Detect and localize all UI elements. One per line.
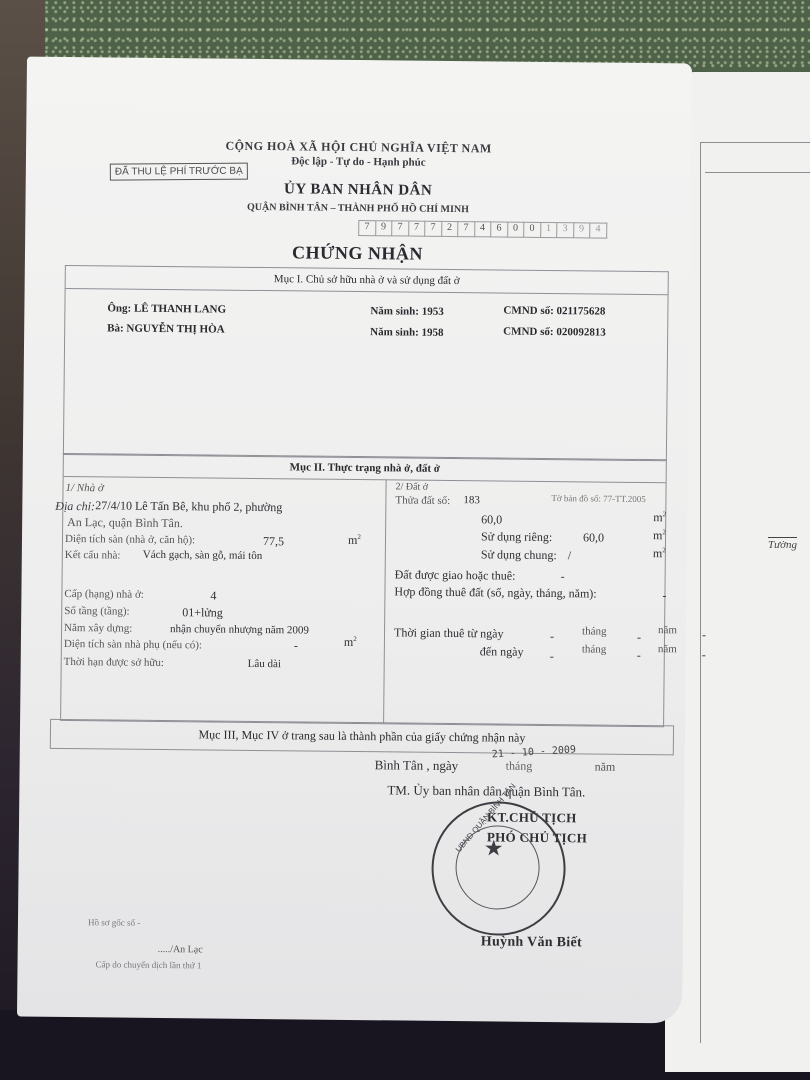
serial-digit: 7 — [409, 221, 426, 237]
right-page-rule — [705, 172, 810, 173]
map-sheet: Tờ bản đồ số: 77-TT.2005 — [551, 493, 645, 504]
structure-value: Vách gạch, sàn gỗ, mái tôn — [143, 549, 263, 562]
owner-2-id: CMND số: 020092813 — [503, 326, 606, 339]
lease-to-month: - — [637, 648, 641, 663]
lease-from-label: Thời gian thuê từ ngày — [394, 625, 504, 641]
section-2-divider — [383, 479, 387, 723]
aux-area-value: - — [294, 638, 298, 653]
private-use-unit: m2 — [653, 528, 666, 543]
grade-label: Cấp (hạng) nhà ở: — [64, 588, 144, 601]
structure-label: Kết cấu nhà: — [65, 549, 121, 562]
allocated-label: Đất được giao hoặc thuê: — [395, 567, 516, 583]
house-label: 1/ Nhà ở — [65, 482, 103, 494]
authority-name: ỦY BAN NHÂN DÂN — [26, 179, 691, 203]
transfer-note: Cấp do chuyển dịch lần thứ 1 — [95, 959, 201, 970]
built-value: nhận chuyển nhượng năm 2009 — [170, 623, 309, 636]
certificate-page: CỘNG HOÀ XÃ HỘI CHỦ NGHĨA VIỆT NAM Độc l… — [17, 57, 692, 1024]
plot-label: Thửa đất số: — [395, 494, 450, 507]
address-label: Địa chỉ: — [55, 499, 95, 514]
serial-number: 797772746001394 — [358, 220, 607, 239]
lease-from-year: - — [702, 628, 706, 643]
lease-to-year: - — [702, 648, 706, 663]
shared-use-unit: m2 — [653, 546, 666, 561]
floor-area-label: Diện tích sàn (nhà ở, căn hộ): — [65, 533, 195, 546]
owner-2-birth-year: Năm sinh: 1958 — [370, 326, 443, 339]
fee-paid-stamp: ĐÃ THU LỆ PHÍ TRƯỚC BẠ — [110, 163, 248, 181]
lease-to-day: - — [550, 649, 554, 664]
lease-from-year-label: năm — [658, 624, 677, 636]
lease-from-day: - — [550, 629, 554, 644]
on-behalf-label: TM. Ủy ban nhân dân quận Bình Tân. — [387, 782, 585, 800]
built-label: Năm xây dựng: — [64, 622, 132, 635]
owner-1-name: Ông: LÊ THANH LANG — [107, 302, 226, 315]
lease-to-label: đến ngày — [480, 644, 524, 659]
star-icon: ★ — [484, 835, 504, 861]
ownership-term-label: Thời hạn được sở hữu: — [64, 656, 164, 669]
district-name: QUẬN BÌNH TÂN – THÀNH PHỐ HỒ CHÍ MINH — [25, 200, 690, 218]
address-line-2: An Lạc, quận Bình Tân. — [67, 515, 183, 531]
floors-label: Số tầng (tầng): — [64, 605, 130, 618]
total-area-unit: m2 — [653, 510, 666, 525]
document-title: CHỨNG NHẬN — [25, 240, 690, 268]
file-number-label: Hồ sơ gốc số - — [88, 917, 140, 928]
aux-area-label: Diện tích sàn nhà phụ (nếu có): — [64, 638, 202, 651]
right-page-scribble: Tường — [768, 537, 797, 551]
place-date-label: Bình Tân , ngày — [375, 757, 459, 774]
shared-use-value: / — [568, 548, 572, 563]
total-area-value: 60,0 — [481, 512, 502, 527]
lease-contract-label: Hợp đồng thuê đất (số, ngày, tháng, năm)… — [394, 584, 596, 601]
serial-digit: 6 — [491, 221, 508, 237]
serial-digit: 4 — [590, 222, 607, 238]
plot-value: 183 — [463, 494, 480, 506]
address-line-1: 27/4/10 Lê Tấn Bê, khu phố 2, phường — [95, 498, 282, 515]
serial-digit: 7 — [358, 220, 376, 236]
serial-digit: 9 — [376, 220, 393, 236]
serial-digit: 9 — [574, 222, 591, 238]
section-1: Mục I. Chủ sở hữu nhà ở và sử dụng đất ở… — [63, 265, 669, 461]
signer-name: Huỳnh Văn Biết — [481, 934, 582, 951]
lease-to-year-label: năm — [658, 643, 677, 655]
aux-area-unit: m2 — [344, 635, 357, 650]
floor-area-unit: m2 — [348, 533, 361, 548]
serial-digit: 0 — [508, 222, 525, 238]
allocated-value: - — [561, 569, 565, 584]
section-1-heading: Mục I. Chủ sở hữu nhà ở và sử dụng đất ở — [66, 266, 668, 295]
section-3-note: Mục III, Mục IV ở trang sau là thành phầ… — [50, 719, 674, 756]
floor-area-value: 77,5 — [263, 534, 284, 549]
section-2-heading: Mục II. Thực trạng nhà ở, đất ở — [64, 454, 666, 483]
date-month-label: tháng — [506, 759, 533, 774]
owner-2-name: Bà: NGUYỄN THỊ HÒA — [107, 322, 225, 335]
serial-digit: 2 — [442, 221, 459, 237]
section-2: Mục II. Thực trạng nhà ở, đất ở 1/ Nhà ở… — [60, 453, 667, 727]
section-3-note-text: Mục III, Mục IV ở trang sau là thành phầ… — [51, 720, 673, 753]
official-seal: ★ UBND QUẬN BÌNH TÂN — [431, 801, 566, 936]
serial-digit: 3 — [557, 222, 574, 238]
private-use-label: Sử dụng riêng: — [481, 529, 552, 545]
owner-1-id: CMND số: 021175628 — [503, 305, 605, 318]
serial-digit: 7 — [425, 221, 442, 237]
owner-1-birth-year: Năm sinh: 1953 — [370, 305, 443, 318]
private-use-value: 60,0 — [583, 530, 604, 545]
lease-from-month: - — [637, 630, 641, 645]
right-page-frame — [700, 142, 810, 1043]
lease-from-month-label: tháng — [582, 625, 607, 637]
date-year-label: năm — [595, 760, 616, 775]
grade-value: 4 — [210, 588, 216, 603]
lease-to-month-label: tháng — [582, 643, 607, 655]
serial-digit: 4 — [475, 221, 492, 237]
ownership-term-value: Lâu dài — [248, 658, 281, 670]
serial-digit: 1 — [541, 222, 558, 238]
file-number-value: ...../An Lạc — [158, 944, 203, 955]
serial-digit: 7 — [392, 220, 409, 236]
land-label: 2/ Đất ở — [396, 481, 429, 492]
floors-value: 01+lửng — [182, 605, 223, 620]
serial-digit: 0 — [524, 222, 541, 238]
shared-use-label: Sử dụng chung: — [481, 547, 557, 563]
serial-digit: 7 — [458, 221, 475, 237]
lease-contract-value: - — [662, 588, 666, 603]
